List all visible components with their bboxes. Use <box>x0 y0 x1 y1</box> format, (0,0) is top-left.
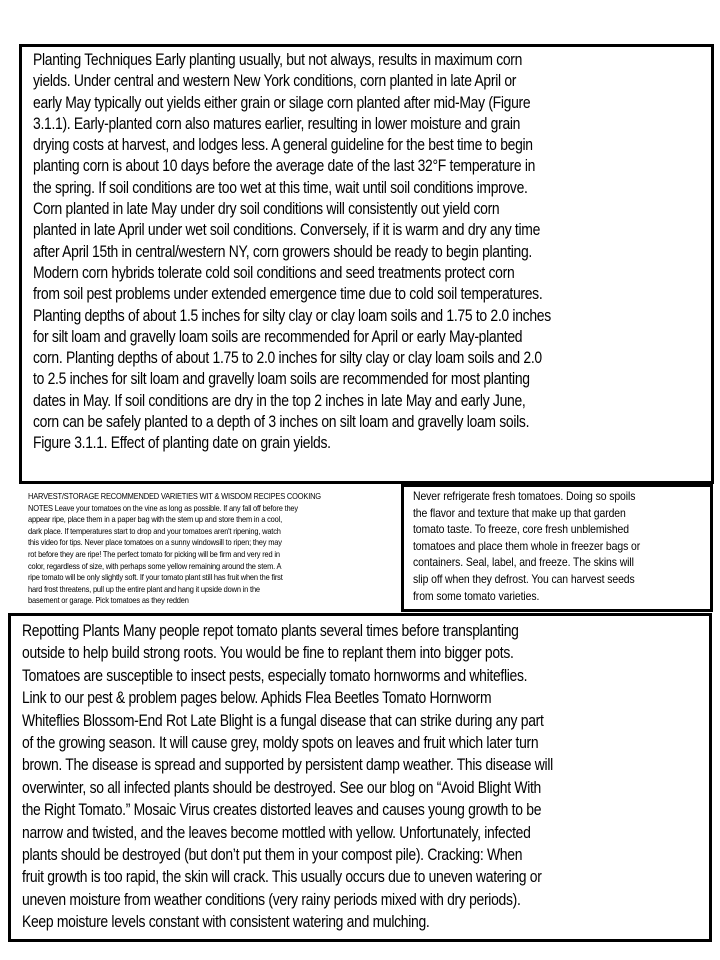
text-line: NOTES Leave your tomatoes on the vine as… <box>28 503 400 515</box>
text-line: tomatoes and place them whole in freezer… <box>413 539 710 556</box>
text-line: the spring. If soil conditions are too w… <box>33 178 711 199</box>
text-line: for silt loam and gravelly loam soils ar… <box>33 327 711 348</box>
text-line: containers. Seal, label, and freeze. The… <box>413 555 710 572</box>
text-line: outside to help build strong roots. You … <box>22 642 709 664</box>
text-line: Planting depths of about 1.5 inches for … <box>33 306 711 327</box>
text-line: from soil pest problems under extended e… <box>33 284 711 305</box>
text-line: narrow and twisted, and the leaves becom… <box>22 822 709 844</box>
text-line: appear ripe, place them in a paper bag w… <box>28 514 400 526</box>
text-line: corn. Planting depths of about 1.75 to 2… <box>33 348 711 369</box>
text-line: early May typically out yields either gr… <box>33 93 711 114</box>
text-line: Corn planted in late May under dry soil … <box>33 199 711 220</box>
text-line: yields. Under central and western New Yo… <box>33 71 711 92</box>
text-line: rot before they are ripe! The perfect to… <box>28 549 400 561</box>
planting-techniques-box: Planting Techniques Early planting usual… <box>19 44 714 484</box>
text-line: Planting Techniques Early planting usual… <box>33 50 711 71</box>
text-line: planted in late April under wet soil con… <box>33 220 711 241</box>
section-nav-text: HARVEST/STORAGE RECOMMENDED VARIETIES WI… <box>28 491 400 503</box>
text-line: hard frost threatens, pull up the entire… <box>28 584 400 596</box>
text-line: 3.1.1). Early-planted corn also matures … <box>33 114 711 135</box>
text-line: the flavor and texture that make up that… <box>413 506 710 523</box>
text-line: drying costs at harvest, and lodges less… <box>33 135 711 156</box>
text-line: Repotting Plants Many people repot tomat… <box>22 620 709 642</box>
text-line: the Right Tomato.” Mosaic Virus creates … <box>22 799 709 821</box>
text-line: overwinter, so all infected plants shoul… <box>22 777 709 799</box>
text-line: Never refrigerate fresh tomatoes. Doing … <box>413 489 710 506</box>
text-line: fruit growth is too rapid, the skin will… <box>22 866 709 888</box>
text-line: Tomatoes are susceptible to insect pests… <box>22 665 709 687</box>
text-line: basement or garage. Pick tomatoes as the… <box>28 595 400 607</box>
text-line: tomato taste. To freeze, core fresh unbl… <box>413 522 710 539</box>
text-line: slip off when they defrost. You can harv… <box>413 572 710 589</box>
text-line: Modern corn hybrids tolerate cold soil c… <box>33 263 711 284</box>
text-line: planting corn is about 10 days before th… <box>33 156 711 177</box>
text-line: Link to our pest & problem pages below. … <box>22 687 709 709</box>
harvest-storage-box: HARVEST/STORAGE RECOMMENDED VARIETIES WI… <box>28 486 400 610</box>
text-line: brown. The disease is spread and support… <box>22 754 709 776</box>
text-line: dates in May. If soil conditions are dry… <box>33 391 711 412</box>
text-line: of the growing season. It will cause gre… <box>22 732 709 754</box>
text-line: Keep moisture levels constant with consi… <box>22 911 709 933</box>
repotting-box: Repotting Plants Many people repot tomat… <box>8 613 712 942</box>
figure-caption: Figure 3.1.1. Effect of planting date on… <box>33 433 711 454</box>
text-line: color, regardless of size, with perhaps … <box>28 561 400 573</box>
text-line: dark place. If temperatures start to dro… <box>28 526 400 538</box>
text-line: ripe tomato will be only slightly soft. … <box>28 572 400 584</box>
text-line: this video for tips. Never place tomatoe… <box>28 537 400 549</box>
text-line: uneven moisture from weather conditions … <box>22 889 709 911</box>
text-line: corn can be safely planted to a depth of… <box>33 412 711 433</box>
text-line: after April 15th in central/western NY, … <box>33 242 711 263</box>
text-line: to 2.5 inches for silt loam and gravelly… <box>33 369 711 390</box>
text-line: from some tomato varieties. <box>413 589 710 606</box>
text-line: plants should be destroyed (but don’t pu… <box>22 844 709 866</box>
text-line: Whiteflies Blossom-End Rot Late Blight i… <box>22 710 709 732</box>
freezing-box: Never refrigerate fresh tomatoes. Doing … <box>401 484 713 612</box>
